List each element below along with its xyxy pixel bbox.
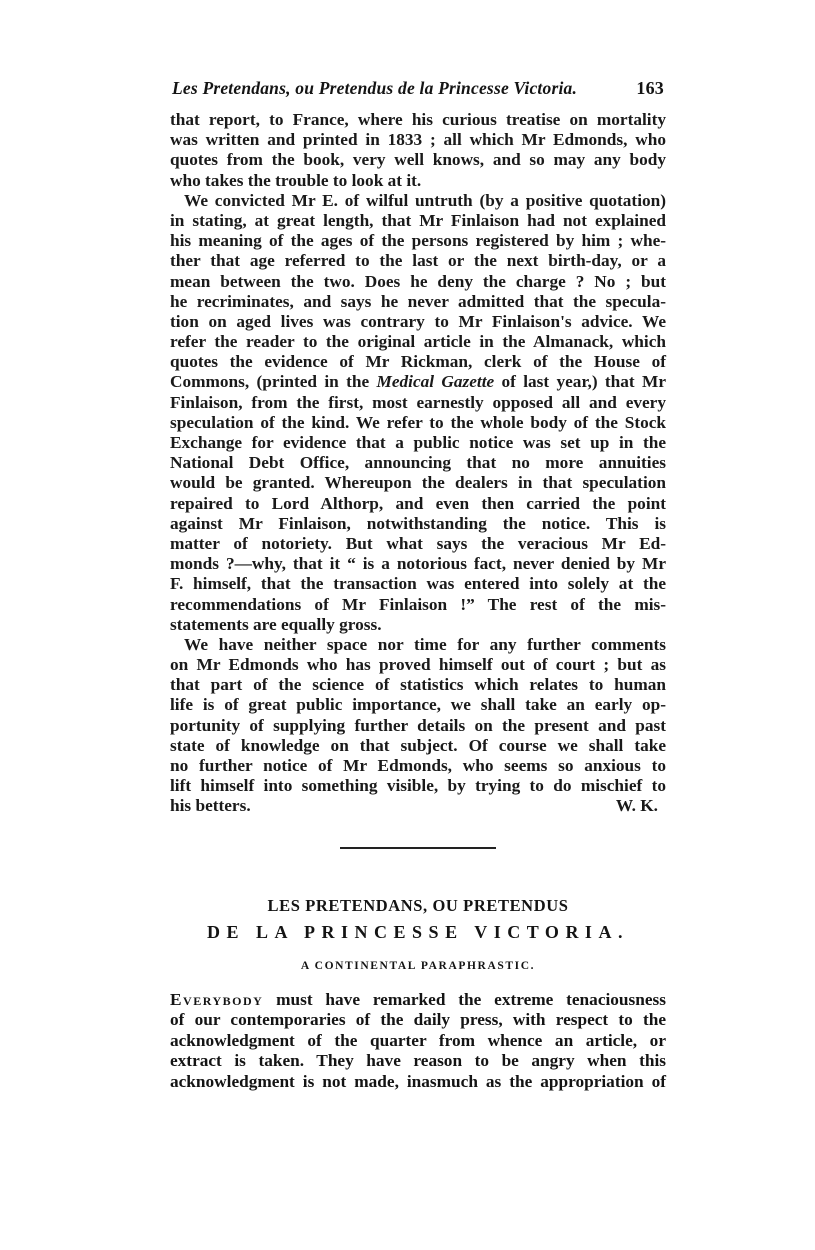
page-number: 163 — [636, 78, 664, 99]
text-line: National Debt Office, announcing that no… — [170, 453, 666, 473]
text-line: his meaning of the ages of the persons r… — [170, 231, 666, 251]
text-line: against Mr Finlaison, notwithstanding th… — [170, 514, 666, 534]
article-title-line-2: DE LA PRINCESSE VICTORIA. — [170, 922, 666, 948]
text-line: We convicted Mr E. of wilful untruth (by… — [170, 191, 666, 211]
text-line: recommendations of Mr Finlaison !” The r… — [170, 595, 666, 615]
text-line: monds ?—why, that it “ is a notorious fa… — [170, 554, 666, 574]
text-line: he recriminates, and says he never admit… — [170, 292, 666, 312]
text-line: tion on aged lives was contrary to Mr Fi… — [170, 312, 666, 332]
text-line: in stating, at great length, that Mr Fin… — [170, 211, 666, 231]
text-line: that report, to France, where his curiou… — [170, 110, 666, 130]
text-line: his betters. — [170, 796, 251, 816]
text-line: who takes the trouble to look at it. — [170, 171, 666, 191]
text-line: statements are equally gross. — [170, 615, 666, 635]
text-line-rest: must have remarked the extreme tenacious… — [263, 990, 666, 1009]
text-line: that part of the science of statistics w… — [170, 675, 666, 695]
paragraph: that report, to France, where his curiou… — [170, 110, 666, 191]
text-line: matter of notoriety. But what says the v… — [170, 534, 666, 554]
drop-opening-word: Everybody — [170, 990, 263, 1009]
section-divider — [340, 847, 496, 849]
text-line: state of knowledge on that subject. Of c… — [170, 736, 666, 756]
paragraph-ending: his betters. W. K. — [170, 796, 666, 816]
text-line: mean between the two. Does he deny the c… — [170, 272, 666, 292]
text-line-with-italic: Commons, (printed in the Medical Gazette… — [170, 372, 666, 392]
text-line: Everybody must have remarked the extreme… — [170, 990, 666, 1011]
text-line: speculation of the kind. We refer to the… — [170, 413, 666, 433]
text-line: quotes the evidence of Mr Rickman, clerk… — [170, 352, 666, 372]
running-head: Les Pretendans, ou Pretendus de la Princ… — [170, 78, 666, 110]
paragraph: We have neither space nor time for any f… — [170, 635, 666, 817]
text-line: repaired to Lord Althorp, and even then … — [170, 494, 666, 514]
text-line: acknowledgment of the quarter from whenc… — [170, 1031, 666, 1052]
text-line: was written and printed in 1833 ; all wh… — [170, 130, 666, 150]
text-line: F. himself, that the transaction was ent… — [170, 574, 666, 594]
text-line: Finlaison, from the first, most earnestl… — [170, 393, 666, 413]
text-line: life is of great public importance, we s… — [170, 695, 666, 715]
text-line: We have neither space nor time for any f… — [170, 635, 666, 655]
paragraph: We convicted Mr E. of wilful untruth (by… — [170, 191, 666, 635]
text-line: extract is taken. They have reason to be… — [170, 1051, 666, 1072]
text-line: lift himself into something visible, by … — [170, 776, 666, 796]
text-line: of our contemporaries of the daily press… — [170, 1010, 666, 1031]
text-line: no further notice of Mr Edmonds, who see… — [170, 756, 666, 776]
document-page: Les Pretendans, ou Pretendus de la Princ… — [170, 78, 666, 1092]
text-line: Exchange for evidence that a public noti… — [170, 433, 666, 453]
italic-title: Medical Gazette — [376, 372, 494, 391]
article-title-line-1: LES PRETENDANS, OU PRETENDUS — [170, 896, 666, 918]
article-subtitle: A CONTINENTAL PARAPHRASTIC. — [170, 960, 666, 978]
author-signature: W. K. — [616, 796, 666, 816]
text-line: ther that age referred to the last or th… — [170, 251, 666, 271]
text-line: portunity of supplying further details o… — [170, 716, 666, 736]
text-line: acknowledgment is not made, inasmuch as … — [170, 1072, 666, 1093]
text-line: refer the reader to the original article… — [170, 332, 666, 352]
previous-article-body: that report, to France, where his curiou… — [170, 110, 666, 817]
text-line: would be granted. Whereupon the dealers … — [170, 473, 666, 493]
text-line: quotes from the book, very well knows, a… — [170, 150, 666, 170]
text-line: on Mr Edmonds who has proved himself out… — [170, 655, 666, 675]
running-head-title: Les Pretendans, ou Pretendus de la Princ… — [172, 78, 577, 99]
article-body: Everybody must have remarked the extreme… — [170, 990, 666, 1093]
